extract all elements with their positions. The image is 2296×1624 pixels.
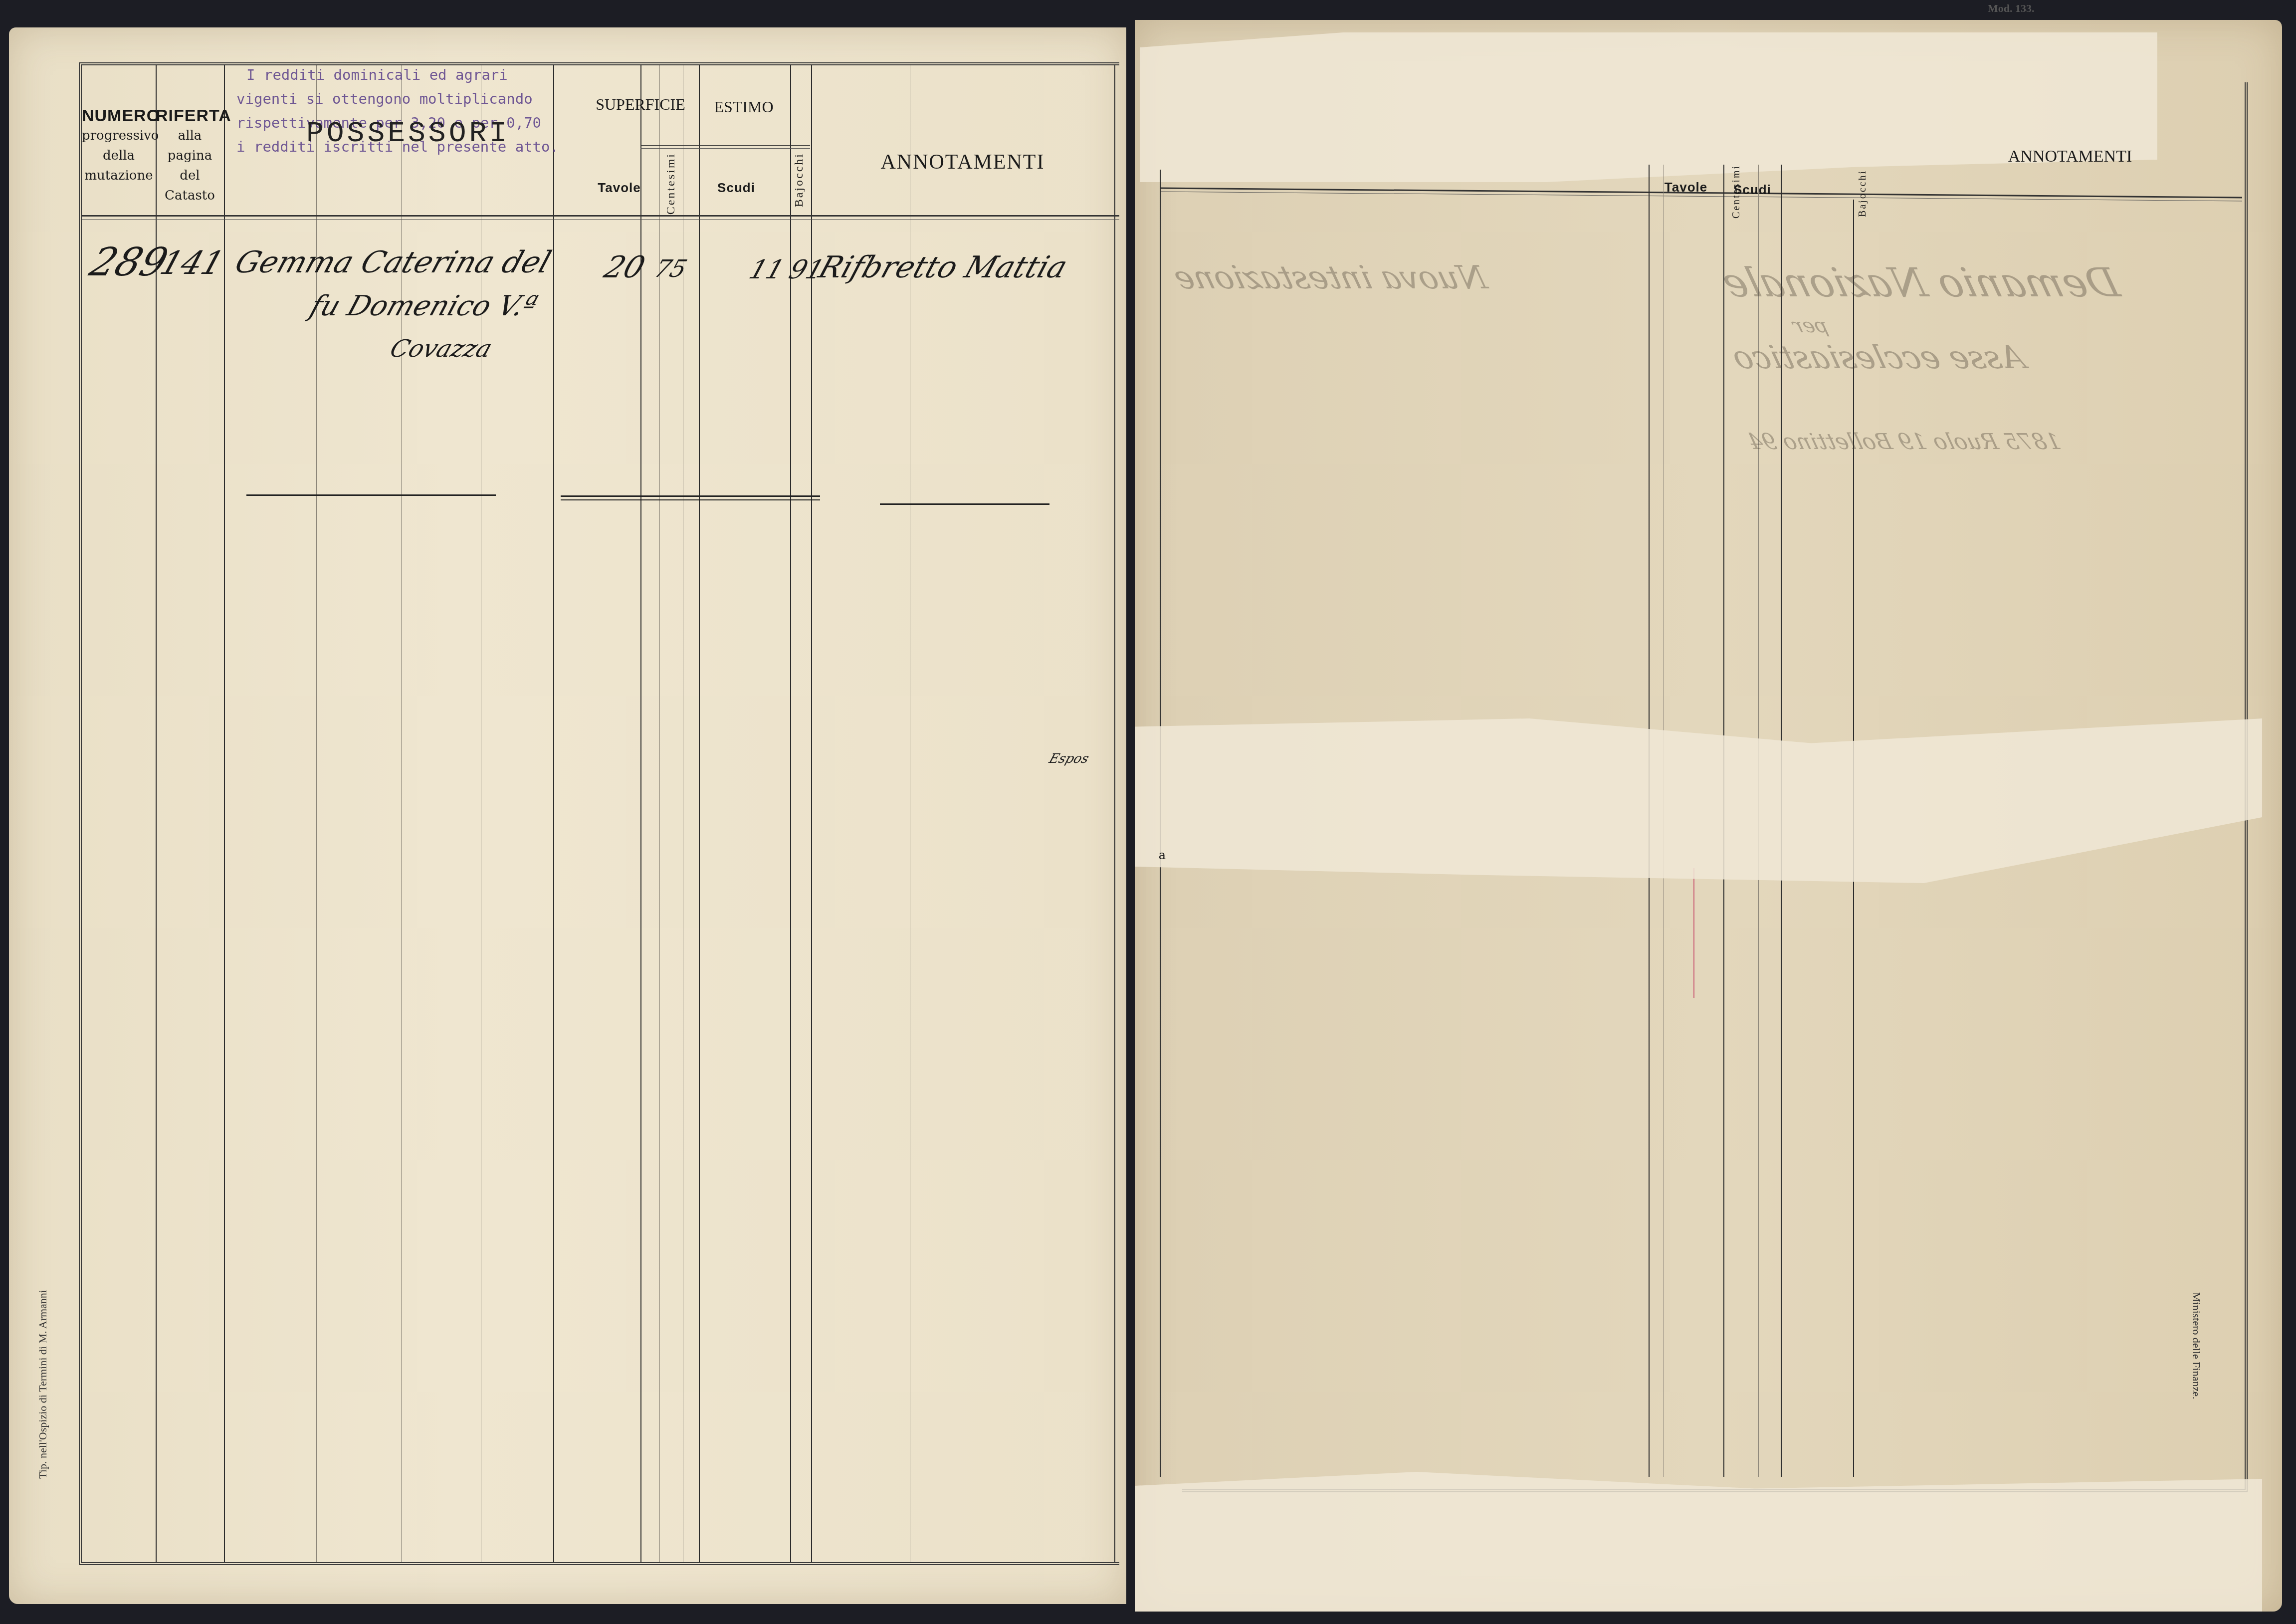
stamp-line-1: I redditi dominicali ed agrari [236,63,559,87]
entry-tavole: 20 [600,250,649,285]
ruling-line [683,65,683,1562]
red-tick-marks [1693,868,1694,998]
annotamenti-header: ANNOTAMENTI [811,150,1114,174]
entry-separator [561,495,820,497]
tavole-header: Tavole [1649,180,1723,195]
column-divider [224,65,225,1562]
left-page-frame: NUMERO progressivo della mutazione RIFER… [79,62,1119,1565]
tavole-header: Tavole [581,180,658,196]
right-page: Mod. 133. Tavole Centesimi Scudi Bajocch… [1135,20,2282,1612]
column-divider [1114,65,1115,1562]
annotamenti-header: ANNOTAMENTI [1958,147,2182,166]
ruling-line [910,65,910,1562]
bleed-text-ruolo: 1875 Ruolo 19 Bollettino 94 [1745,429,2064,455]
possessori-header: POSSESSORI [306,118,510,150]
bajocchi-header: Bajocchi [793,153,806,207]
corner-label: a [1155,848,1170,862]
stamp-line-2: vigenti si ottengono moltiplicando [236,87,559,111]
scudi-header: Scudi [699,180,774,196]
repair-strip-bottom [1135,1472,2262,1612]
centesimi-header: Centesimi [664,153,678,215]
entry-scudi: 11 [745,255,788,285]
subheader-rule [640,145,810,149]
bleed-text-intestazione: Nuova intestazione [1170,259,1491,296]
riferta-subtitle-1: alla pagina [156,126,224,166]
printer-credit: Tip. nell'Ospizio di Termini di M. Arman… [36,1290,49,1479]
numero-subtitle-3: mutazione [82,166,156,186]
entry-possessore-line-1: Gemma Caterina del [231,245,556,280]
gutter-fragment: Espos [1047,751,1091,766]
numero-title: NUMERO [82,106,156,126]
riferta-header: RIFERTA alla pagina del Catasto [156,106,224,206]
entry-separator [246,494,496,496]
bajocchi-header: Bajocchi [1857,170,1869,217]
column-divider [640,65,641,1562]
entry-possessore-line-3: Covazza [387,335,496,363]
entry-possessore-line-2: fu Domenico V.ª [306,290,541,322]
left-page: NUMERO progressivo della mutazione RIFER… [9,27,1126,1604]
bleed-text-asse: Asse ecclesiastico [1728,339,2029,376]
column-divider [790,65,791,1562]
entry-riferta: 141 [156,245,228,282]
entry-separator [880,503,1049,505]
bleed-text-per: per [1790,314,1831,337]
riferta-subtitle-2: del [156,166,224,186]
entry-centesimi: 75 [651,255,690,283]
column-divider [811,65,812,1562]
bleed-text-demanio: Demanio Nazionale [1717,259,2124,306]
numero-subtitle-1: progressivo [82,126,156,146]
entry-annotamenti: Rifbretto Mattia [815,250,1072,285]
scudi-label: Scudi [1733,182,1771,197]
column-divider [699,65,700,1562]
scudi-header: Scudi [1758,182,1778,198]
form-model-label: Mod. 133. [1988,2,2035,15]
numero-subtitle-2: della [82,146,156,166]
header-bottom-rule [82,215,1119,220]
entry-separator [561,499,820,500]
column-divider [553,65,554,1562]
column-divider [156,65,157,1562]
ministry-credit: Ministero delle Finanze. [2190,1292,2203,1399]
estimo-header: ESTIMO [699,98,789,116]
riferta-title: RIFERTA [156,106,224,126]
riferta-subtitle-3: Catasto [156,186,224,206]
numero-header: NUMERO progressivo della mutazione [82,106,156,186]
ruling-line [659,65,660,1562]
superficie-header: SUPERFICIE [581,95,700,114]
